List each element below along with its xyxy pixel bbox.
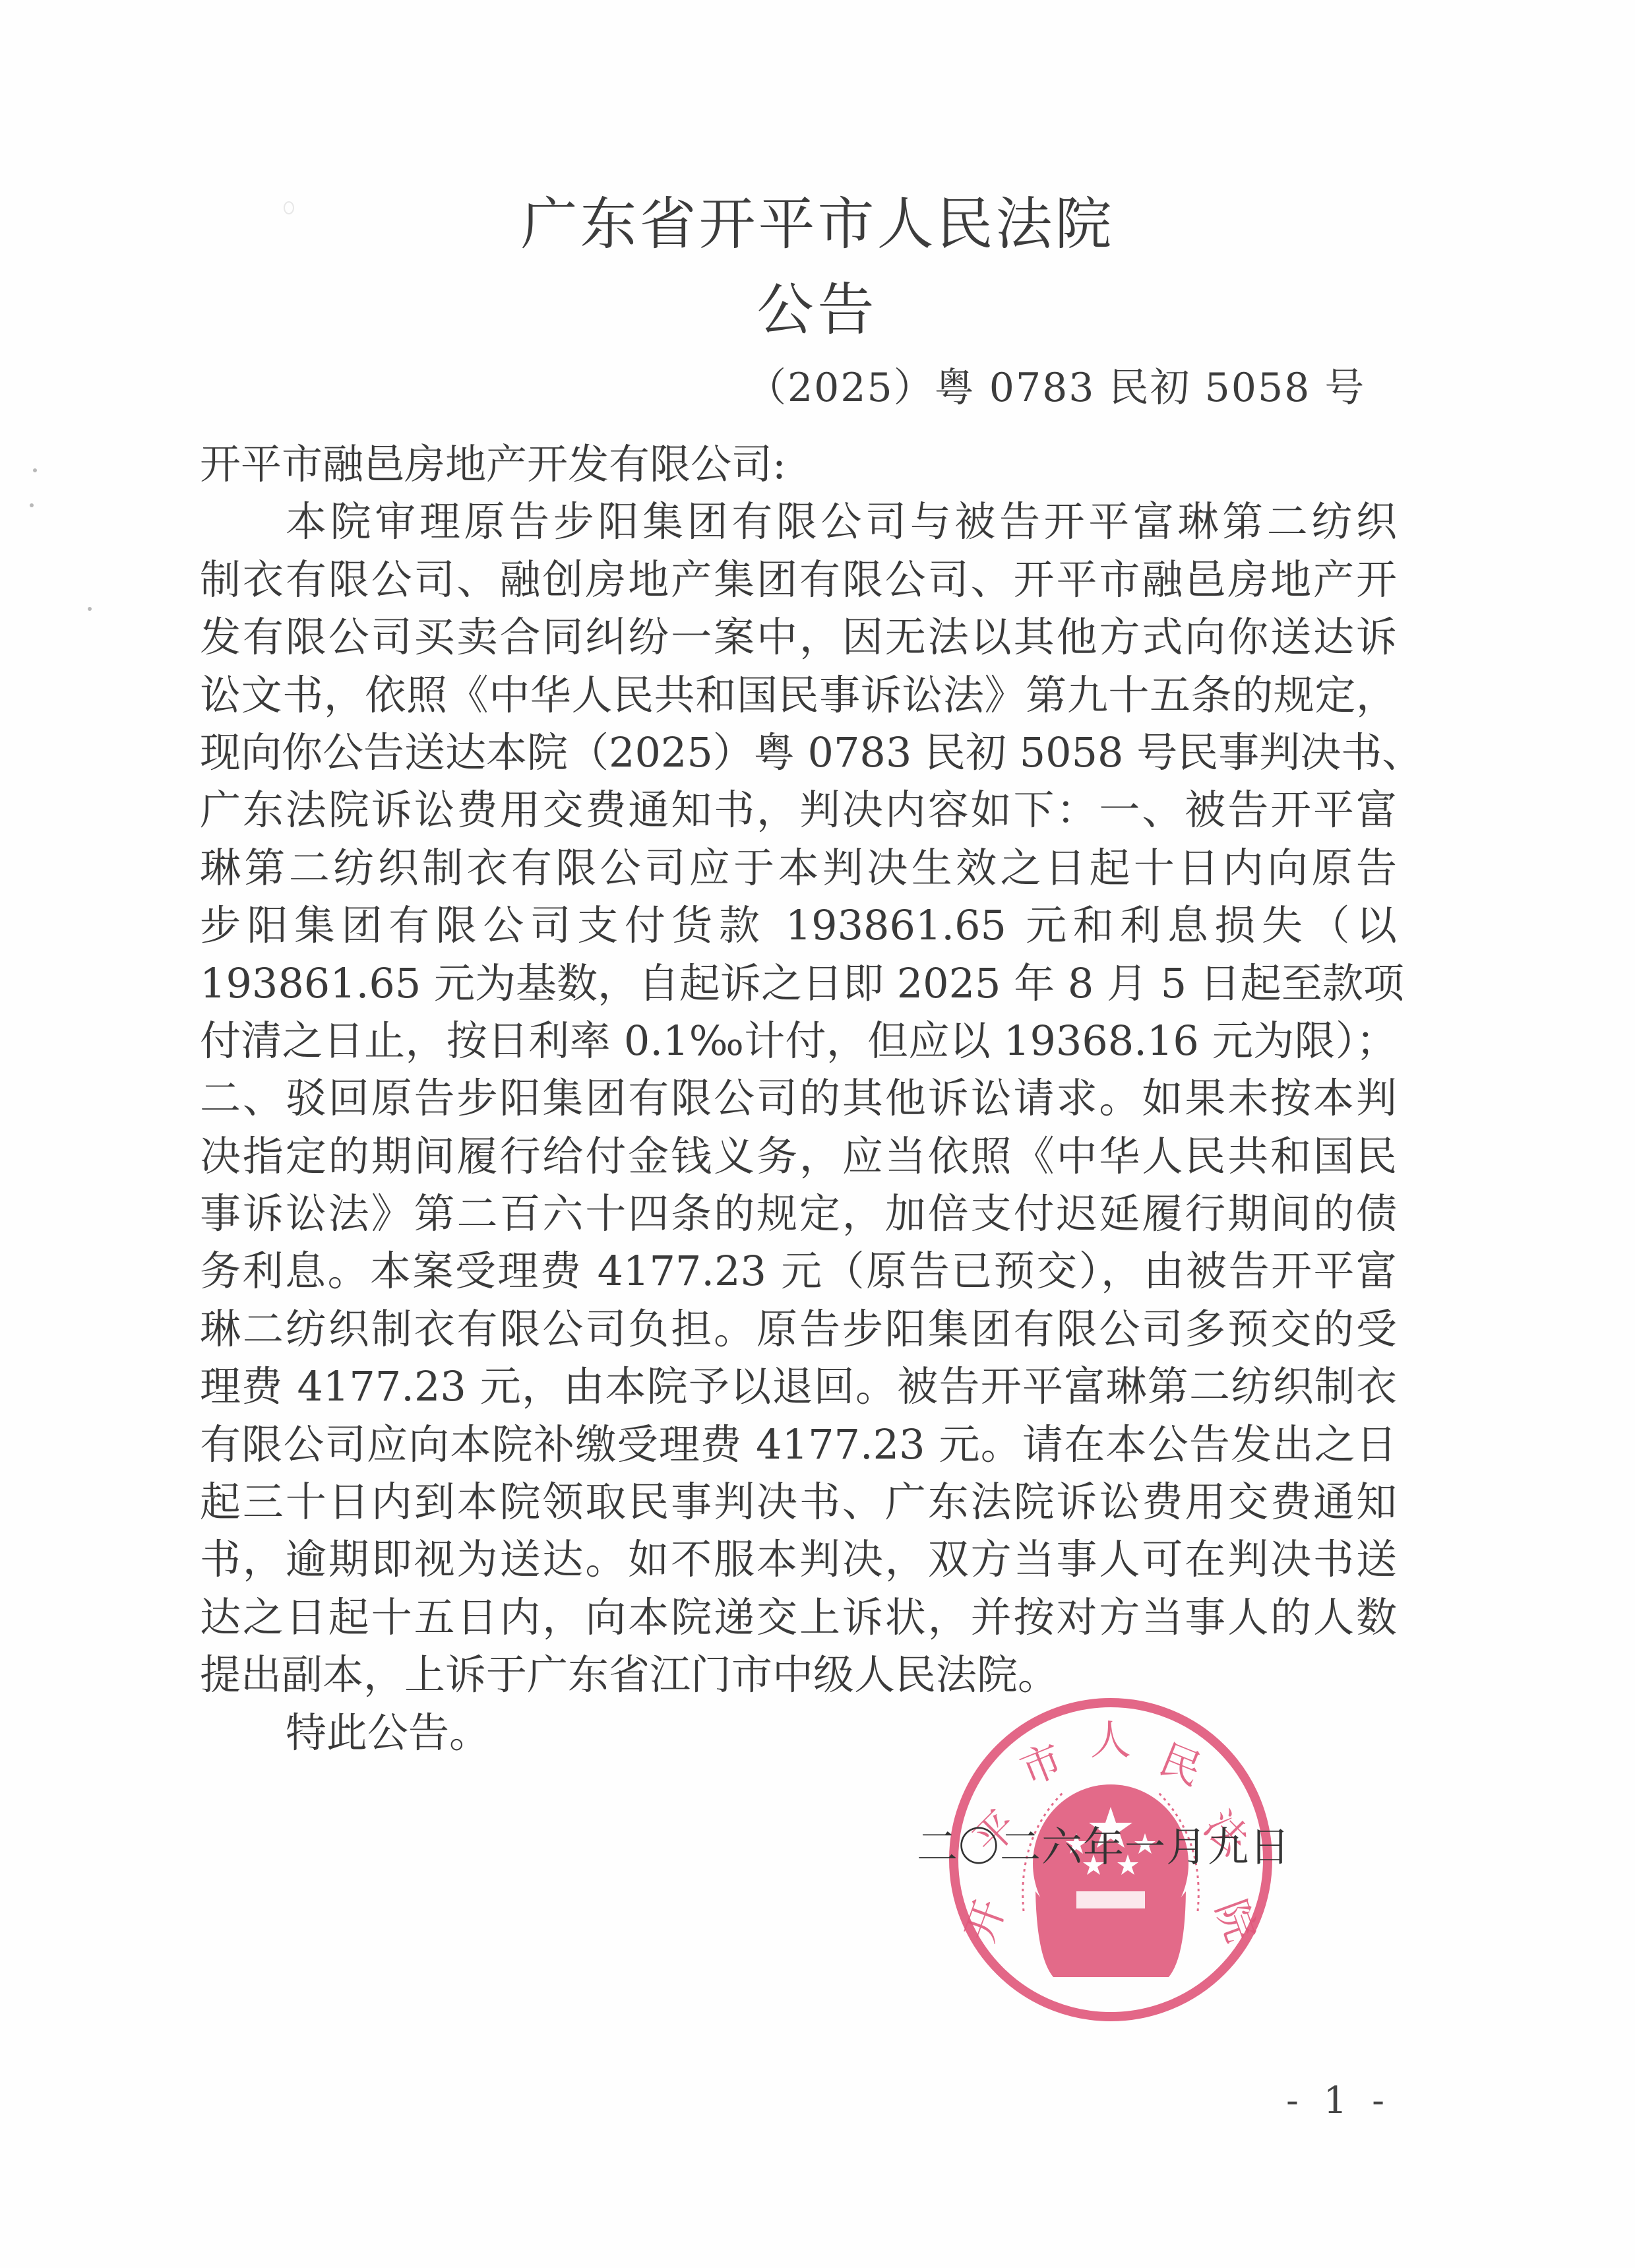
svg-text:人: 人 xyxy=(1090,1716,1131,1764)
body-line: 讼文书，依照《中华人民共和国民事诉讼法》第九十五条的规定， xyxy=(200,666,1397,724)
body-line: 193861.65 元为基数，自起诉之日即 2025 年 8 月 5 日起至款项 xyxy=(200,955,1397,1012)
document-page: 广东省开平市人民法院 公告 （2025）粤 0783 民初 5058 号 开平市… xyxy=(0,0,1635,2268)
body-line: 现向你公告送达本院（2025）粤 0783 民初 5058 号民事判决书、 xyxy=(200,724,1397,781)
body-line: 有限公司应向本院补缴受理费 4177.23 元。请在本公告发出之日 xyxy=(200,1416,1397,1473)
body-line: 琳二纺织制衣有限公司负担。原告步阳集团有限公司多预交的受 xyxy=(200,1300,1397,1358)
svg-text:院: 院 xyxy=(1206,1893,1266,1948)
issue-date: 二〇二六年一月九日 xyxy=(917,1821,1291,1874)
body-line: 决指定的期间履行给付金钱义务，应当依照《中华人民共和国民 xyxy=(200,1127,1397,1185)
body-line: 达之日起十五日内，向本院递交上诉状，并按对方当事人的人数 xyxy=(200,1589,1397,1646)
svg-text:市: 市 xyxy=(1014,1735,1070,1795)
body-line: 广东法院诉讼费用交费通知书，判决内容如下：一、被告开平富 xyxy=(200,781,1397,838)
scan-speck xyxy=(33,468,37,472)
body-line: 步阳集团有限公司支付货款 193861.65 元和利息损失（以 xyxy=(200,897,1397,954)
announcement-body: 开平市融邑房地产开发有限公司: 本院审理原告步阳集团有限公司与被告开平富琳第二纺… xyxy=(200,435,1397,1761)
body-line: 付清之日止，按日利率 0.1‰计付，但应以 19368.16 元为限）； xyxy=(200,1012,1397,1069)
body-line: 二、驳回原告步阳集团有限公司的其他诉讼请求。如果未按本判 xyxy=(200,1069,1397,1127)
document-type-heading: 公告 xyxy=(0,277,1635,343)
page-number: - 1 - xyxy=(1286,2078,1391,2124)
body-line: 理费 4177.23 元，由本院予以退回。被告开平富琳第二纺织制衣 xyxy=(200,1358,1397,1415)
court-name-heading: 广东省开平市人民法院 xyxy=(0,191,1635,257)
body-line: 琳第二纺织制衣有限公司应于本判决生效之日起十日内向原告 xyxy=(200,839,1397,897)
svg-text:开: 开 xyxy=(956,1893,1015,1948)
body-line: 务利息。本案受理费 4177.23 元（原告已预交），由被告开平富 xyxy=(200,1242,1397,1300)
scan-speck xyxy=(88,607,92,611)
body-line: 起三十日内到本院领取民事判决书、广东法院诉讼费用交费通知 xyxy=(200,1473,1397,1530)
recipient-line: 开平市融邑房地产开发有限公司: xyxy=(200,435,1397,493)
body-line: 制衣有限公司、融创房地产集团有限公司、开平市融邑房地产开 xyxy=(200,551,1397,608)
case-number: （2025）粤 0783 民初 5058 号 xyxy=(747,362,1365,414)
body-line: 事诉讼法》第二百六十四条的规定，加倍支付迟延履行期间的债 xyxy=(200,1185,1397,1242)
body-line: 书，逾期即视为送达。如不服本判决，双方当事人可在判决书送 xyxy=(200,1530,1397,1588)
body-line: 发有限公司买卖合同纠纷一案中，因无法以其他方式向你送达诉 xyxy=(200,608,1397,666)
svg-text:民: 民 xyxy=(1153,1735,1209,1795)
scan-speck xyxy=(30,503,34,507)
body-line: 本院审理原告步阳集团有限公司与被告开平富琳第二纺织 xyxy=(200,493,1397,550)
